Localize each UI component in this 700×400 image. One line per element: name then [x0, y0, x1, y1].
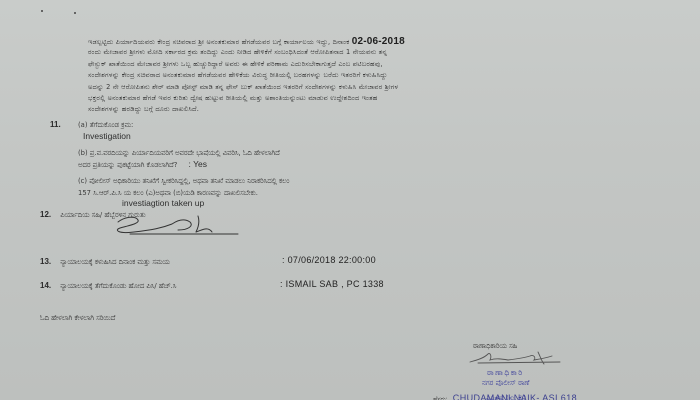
complaint-date: 02-06-2018 — [352, 36, 405, 47]
court-dispatch-datetime: : 07/06/2018 22:00:00 — [282, 255, 376, 265]
narrative-line-5: ಅದನ್ನು 2 ನೇ ಆರೋಪಿತನು ಶೇರ್ ಮಾಡಿ ಪೋಸ್ಟ್ ಮಾ… — [88, 82, 678, 93]
speck — [74, 12, 76, 14]
complaint-narrative: ಇಡಲ್ಪಟ್ಟಿದು ಪಿರ್ಯಾದಿಯವರು ಕೇಂದ್ರ ಸಚಿವರಾದ … — [88, 36, 678, 116]
speck — [41, 10, 43, 12]
item-11-number: 11. — [50, 112, 61, 131]
item-14: 14. ನ್ಯಾಯಾಲಯಕ್ಕೆ ತೆಗೆದುಕೊಂಡು ಹೋದ ಪಿಸಿ/ ಹ… — [40, 273, 176, 292]
stamp-line-3: ಎಎಸ್ಐ (ಸು. ಕೆ.) — [486, 394, 526, 400]
scanned-document-page: ಇಡಲ್ಪಟ್ಟಿದು ಪಿರ್ಯಾದಿಯವರು ಕೇಂದ್ರ ಸಚಿವರಾದ … — [0, 0, 700, 400]
narrative-line-1: ಇಡಲ್ಪಟ್ಟಿದು ಪಿರ್ಯಾದಿಯವರು ಕೇಂದ್ರ ಸಚಿವರಾದ … — [88, 36, 678, 47]
stamp-line-1: ಠಾಣಾಧಿಕಾರಿ — [487, 368, 524, 378]
item-13-value: : 07/06/2018 22:00:00 — [282, 248, 376, 267]
narrative-line-4: ಸಂದೇಶಗಳನ್ನು ಕೇಂದ್ರ ಸಚಿವರಾದ ಅನಂತಕುಮಾರ ಹೆಗ… — [88, 70, 678, 81]
officer-name-badge: : ISMAIL SAB , PC 1338 — [280, 279, 384, 289]
narrative-line-3: ಫೇಸ್ಬುಕ್ ಖಾತೆಯಿಂದ ಮೇಜಾವರ ಶ್ರೀಗಳು ಒಬ್ಬ ಹು… — [88, 59, 678, 70]
narrative-line-6: ಭಕ್ತರಲ್ಲಿ ಅನಂತಕುಮಾರ ಹೆಗಡೆ ಇವರ ಕುರಿತು ದ್ವ… — [88, 93, 678, 104]
narrative-line-2: ರಂದು ಮೇಜಾವರ ಶ್ರೀಗಳು ಮೋದಿ ಸರ್ಕಾರದ ಕ್ರಮ ತಂ… — [88, 47, 678, 58]
narrative-line-7: ಸಂದೇಶಗಳನ್ನು ಹರಡಿದ್ದು ಬಗ್ಗೆ ದೂರು ದಾಖಲಿಸಿದ… — [88, 104, 678, 115]
station-officer-signature — [468, 350, 568, 366]
item-14-value: : ISMAIL SAB , PC 1338 — [280, 272, 384, 291]
complainant-signature — [112, 212, 242, 238]
closing-statement: ಓದಿ ಹೇಳಲಾಗಿ ಕೇಳಲಾಗಿ ಸರಿಯಿದೆ — [40, 305, 115, 324]
item-13: 13. ನ್ಯಾಯಾಲಯಕ್ಕೆ ಕಳುಹಿಸಿದ ದಿನಾಂಕ ಮತ್ತು ಸ… — [40, 249, 170, 268]
